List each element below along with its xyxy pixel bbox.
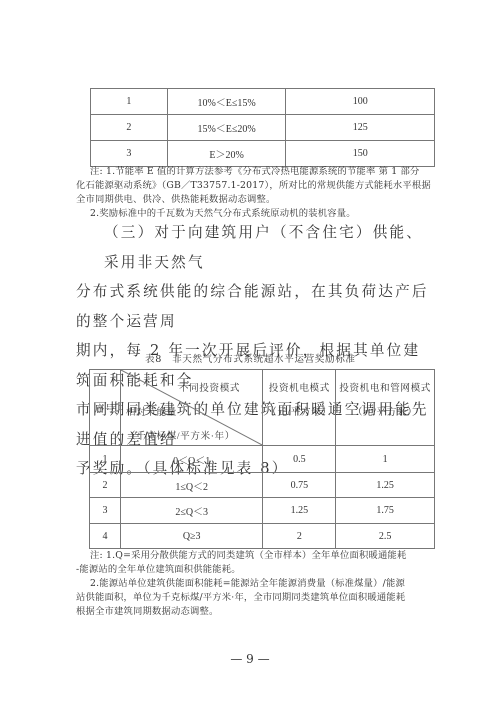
row-number: 1: [90, 446, 121, 473]
energy-saving-range: 0＜Q＜1: [120, 446, 263, 473]
note-line: 站供能面积，单位为千克标煤/平方米·年，全市同期同类建筑单位面积暖通能耗: [76, 591, 438, 605]
note-line: -能源站的全年单位建筑面积供能能耗。: [76, 563, 438, 577]
energy-saving-range: 1≤Q＜2: [120, 473, 263, 498]
energy-saving-range: 10%＜E≤15%: [167, 89, 286, 115]
note-line: 全市同期供电、供冷、供热能耗数据动态调整。: [76, 193, 436, 207]
mep-value: 0.5: [263, 446, 336, 473]
table-8: 序号 不同投资模式 相对节能量 （千克标煤/平方米·年） 投资机电模式 （元/平…: [89, 369, 435, 549]
row-number: 2: [90, 473, 121, 498]
table-row: 3 E＞20% 150: [91, 141, 435, 167]
energy-saving-range: 15%＜E≤20%: [167, 115, 286, 141]
table-row: 4 Q≥3 2 2.5: [90, 524, 435, 549]
table-7-continued: 1 10%＜E≤15% 100 2 15%＜E≤20% 125 3 E＞20% …: [90, 88, 435, 167]
header-title: 投资机电模式: [263, 380, 335, 394]
table-row: 3 2≤Q＜3 1.25 1.75: [90, 498, 435, 524]
table-8-notes: 注: 1.Q=采用分散供能方式的同类建筑（全市样本）全年单位面积暖通能耗 -能源…: [76, 549, 438, 619]
page-number: — 9 —: [0, 652, 500, 666]
reward-value: 150: [286, 141, 435, 167]
table-7-notes: 注: 1.节能率 E 值的计算方法参考《分布式冷热电能源系统的节能率 第 1 部…: [76, 165, 436, 221]
note-line: 化石能源驱动系统》（GB／T33757.1-2017），所对比的常规供能方式能耗…: [76, 179, 436, 193]
table-8-caption: 表8 非天然气分布式系统超水平运营奖励标准: [145, 351, 356, 365]
energy-saving-range: E＞20%: [167, 141, 286, 167]
header-mep-grid-mode: 投资机电和管网模式 （元/平方米）: [336, 370, 435, 446]
table-header-row: 序号 不同投资模式 相对节能量 （千克标煤/平方米·年） 投资机电模式 （元/平…: [90, 370, 435, 446]
note-line: 根据全市建筑同期数据动态调整。: [76, 605, 438, 619]
mep-grid-value: 1: [336, 446, 435, 473]
row-number: 1: [91, 89, 168, 115]
header-title: 投资机电和管网模式: [336, 380, 434, 394]
paragraph-line: 分布式系统供能的综合能源站，在其负荷达产后的整个运营周: [76, 277, 436, 336]
mep-value: 2: [263, 524, 336, 549]
row-number: 3: [90, 498, 121, 524]
diag-top-label: 不同投资模式: [179, 380, 240, 394]
table-row: 1 0＜Q＜1 0.5 1: [90, 446, 435, 473]
mep-grid-value: 1.25: [336, 473, 435, 498]
header-unit: （元/平方米）: [336, 404, 434, 418]
note-line: 注: 1.节能率 E 值的计算方法参考《分布式冷热电能源系统的节能率 第 1 部…: [76, 165, 436, 179]
paragraph-line: （三）对于向建筑用户（不含住宅）供能、采用非天然气: [76, 218, 436, 277]
table-row: 1 10%＜E≤15% 100: [91, 89, 435, 115]
mep-value: 1.25: [263, 498, 336, 524]
mep-value: 0.75: [263, 473, 336, 498]
reward-value: 125: [286, 115, 435, 141]
table-row: 2 15%＜E≤20% 125: [91, 115, 435, 141]
diag-unit-label: （千克标煤/平方米·年）: [126, 428, 235, 442]
header-seq: 序号: [90, 370, 121, 446]
row-number: 2: [91, 115, 168, 141]
note-line: 2.能源站单位建筑供能面积能耗=能源站全年能源消费量（标准煤量）/能源: [76, 577, 438, 591]
header-unit: （元/平方米）: [263, 404, 335, 418]
mep-grid-value: 2.5: [336, 524, 435, 549]
row-number: 4: [90, 524, 121, 549]
row-number: 3: [91, 141, 168, 167]
table-row: 2 1≤Q＜2 0.75 1.25: [90, 473, 435, 498]
mep-grid-value: 1.75: [336, 498, 435, 524]
energy-saving-range: 2≤Q＜3: [120, 498, 263, 524]
header-mep-mode: 投资机电模式 （元/平方米）: [263, 370, 336, 446]
reward-value: 100: [286, 89, 435, 115]
header-diagonal-cell: 不同投资模式 相对节能量 （千克标煤/平方米·年）: [120, 370, 263, 446]
note-line: 注: 1.Q=采用分散供能方式的同类建筑（全市样本）全年单位面积暖通能耗: [76, 549, 438, 563]
energy-saving-range: Q≥3: [120, 524, 263, 549]
diag-left-label: 相对节能量: [126, 404, 177, 418]
